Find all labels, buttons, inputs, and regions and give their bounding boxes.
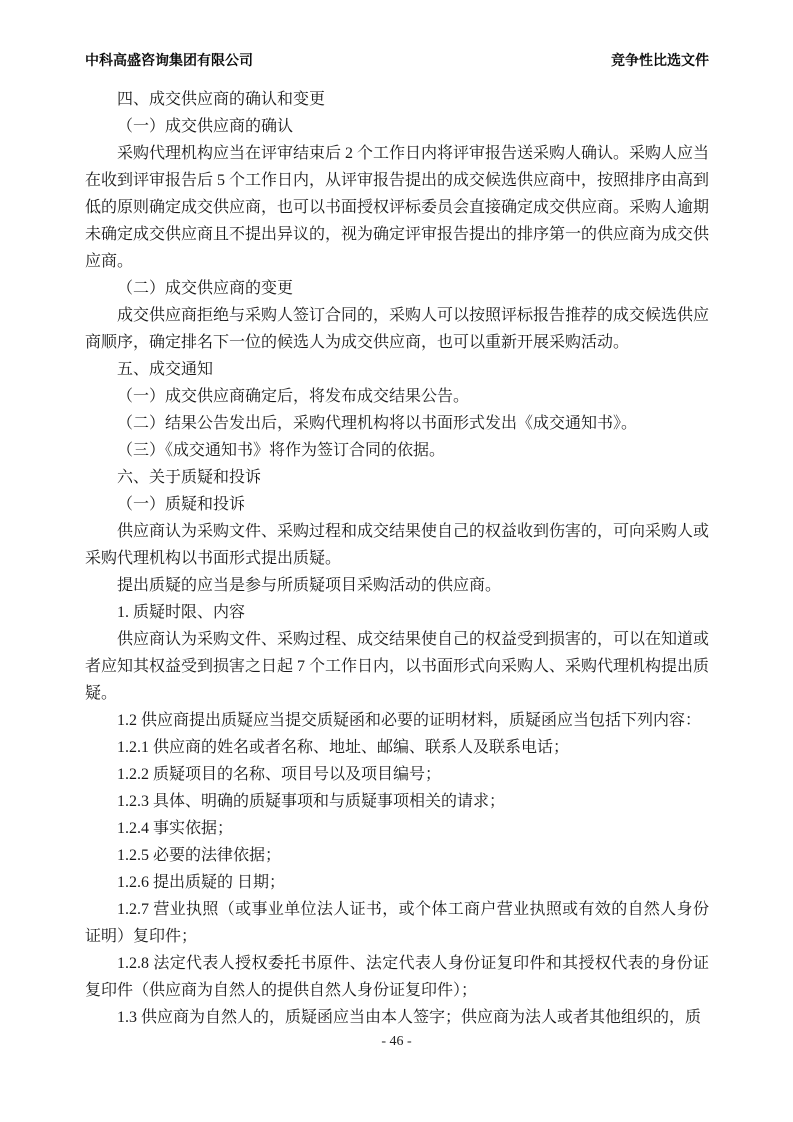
footer-page-number: - 46 - xyxy=(381,1034,411,1049)
paragraph: 供应商认为采购文件、采购过程和成交结果使自己的权益收到伤害的，可向采购人或采购代… xyxy=(85,518,709,572)
paragraph: 四、成交供应商的确认和变更 xyxy=(85,86,709,113)
paragraph: 1.2.3 具体、明确的质疑事项和与质疑事项相关的请求； xyxy=(85,788,709,815)
paragraph: 成交供应商拒绝与采购人签订合同的，采购人可以按照评标报告推荐的成交候选供应商顺序… xyxy=(85,302,709,356)
paragraph: 1.2.8 法定代表人授权委托书原件、法定代表人身份证复印件和其授权代表的身份证… xyxy=(85,950,709,1004)
page-header: 中科高盛咨询集团有限公司 竞争性比选文件 xyxy=(85,50,709,70)
paragraph: 1.2 供应商提出质疑应当提交质疑函和必要的证明材料，质疑函应当包括下列内容： xyxy=(85,707,709,734)
paragraph: 1.2.6 提出质疑的 日期； xyxy=(85,869,709,896)
paragraph: 六、关于质疑和投诉 xyxy=(85,464,709,491)
paragraph: 1.2.7 营业执照（或事业单位法人证书，或个体工商户营业执照或有效的自然人身份… xyxy=(85,896,709,950)
paragraph: 1.2.4 事实依据； xyxy=(85,815,709,842)
paragraph: 五、成交通知 xyxy=(85,356,709,383)
paragraph: 1.2.2 质疑项目的名称、项目号以及项目编号； xyxy=(85,761,709,788)
paragraph: （二）结果公告发出后，采购代理机构将以书面形式发出《成交通知书》。 xyxy=(85,410,709,437)
document-page: 中科高盛咨询集团有限公司 竞争性比选文件 四、成交供应商的确认和变更（一）成交供… xyxy=(0,0,793,1122)
header-doc-type: 竞争性比选文件 xyxy=(611,50,709,70)
paragraph: （三）《成交通知书》将作为签订合同的依据。 xyxy=(85,437,709,464)
page-footer: - 46 - xyxy=(0,1034,793,1050)
header-company-name: 中科高盛咨询集团有限公司 xyxy=(85,50,253,70)
paragraph: 1.2.5 必要的法律依据； xyxy=(85,842,709,869)
paragraph: （一）成交供应商的确认 xyxy=(85,113,709,140)
paragraph: 采购代理机构应当在评审结束后 2 个工作日内将评审报告送采购人确认。采购人应当在… xyxy=(85,140,709,275)
document-body: 四、成交供应商的确认和变更（一）成交供应商的确认采购代理机构应当在评审结束后 2… xyxy=(85,86,709,1031)
paragraph: （一）成交供应商确定后，将发布成交结果公告。 xyxy=(85,383,709,410)
paragraph: 1.2.1 供应商的姓名或者名称、地址、邮编、联系人及联系电话； xyxy=(85,734,709,761)
paragraph: 1.3 供应商为自然人的，质疑函应当由本人签字；供应商为法人或者其他组织的，质 xyxy=(85,1004,709,1031)
paragraph: （二）成交供应商的变更 xyxy=(85,275,709,302)
paragraph: 供应商认为采购文件、采购过程、成交结果使自己的权益受到损害的，可以在知道或者应知… xyxy=(85,626,709,707)
paragraph: （一）质疑和投诉 xyxy=(85,491,709,518)
paragraph: 1. 质疑时限、内容 xyxy=(85,599,709,626)
paragraph: 提出质疑的应当是参与所质疑项目采购活动的供应商。 xyxy=(85,572,709,599)
